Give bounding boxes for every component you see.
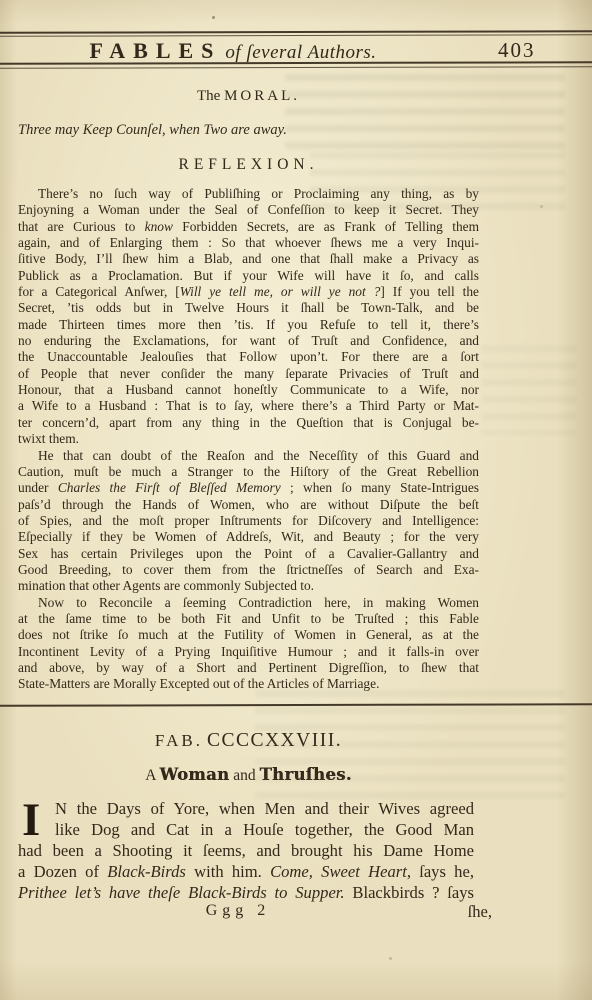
header-bottom-rule-2 xyxy=(0,66,592,69)
fable-title: A Woman and Thruſhes. xyxy=(18,765,479,785)
paper-speck xyxy=(389,957,392,960)
page-number: 403 xyxy=(498,38,558,63)
fable-heading: FAB. CCCCXXVIII. xyxy=(18,730,479,752)
text-span: Enjoyning a Woman under the Seal of Conf… xyxy=(18,202,479,217)
text-line: State-Matters are Morally Excepted out o… xyxy=(18,676,479,692)
blackletter-text: Thruſhes. xyxy=(259,765,351,784)
running-header: FABLES of ſeveral Authors. xyxy=(18,38,448,64)
text-span: ſays he, xyxy=(411,862,474,881)
italic-text: Prithee let’s have theſe Black-Birds to … xyxy=(18,883,345,902)
text-line: like Dog and Cat in a Houſe together, th… xyxy=(18,820,474,841)
text-span: no enduring the Exclamations, for want o… xyxy=(18,333,479,348)
text-span: State-Matters are Morally Excepted out o… xyxy=(18,676,379,691)
text-span: There’s no ſuch way of Publiſhing or Pro… xyxy=(38,186,479,201)
text-span: had been a Shooting it ſeems, and brough… xyxy=(18,841,474,860)
text-span: Forbidden Secrets, are as Frank of Telli… xyxy=(173,219,479,234)
bleedthrough-artifact xyxy=(285,74,565,152)
moral-heading-lead: The xyxy=(197,88,220,104)
moral-text: Three may Keep Counſel, when Two are awa… xyxy=(18,122,488,139)
text-line: the Unaccountable Jealouſies that Follow… xyxy=(18,349,479,365)
text-line: a Dozen of Black-Birds with him. Come, S… xyxy=(18,862,474,883)
text-line: of Spies, and the moſt proper Inſtrument… xyxy=(18,513,479,529)
text-line: and above, by way of a Short and Pertine… xyxy=(18,660,479,676)
text-line: a Wife to a Husband : That is to ſay, wh… xyxy=(18,398,479,414)
text-line: no enduring the Exclamations, for want o… xyxy=(18,333,479,349)
text-span: a Dozen of xyxy=(18,862,107,881)
header-top-rule-1 xyxy=(0,30,592,33)
text-span: Caution, muſt be much a Stranger to the … xyxy=(18,464,479,479)
printers-signature: Ggg 2 xyxy=(18,902,458,920)
text-line: Incontinent Levity of a Prying Inquiſiti… xyxy=(18,644,479,660)
moral-heading: The MORAL. xyxy=(18,88,479,105)
text-span: ter concern’d, apart from any thing in t… xyxy=(18,415,479,430)
text-span: and xyxy=(229,767,259,784)
fable-heading-fab: FAB. xyxy=(155,731,203,750)
paper-speck xyxy=(212,16,215,19)
text-line: had been a Shooting it ſeems, and brough… xyxy=(18,841,474,862)
text-span: ; when ſo many State-Intrigues xyxy=(281,480,479,495)
moral-heading-caps: MORAL. xyxy=(224,88,300,104)
text-span: Secret, ’tis odds but in Twelve Hours it… xyxy=(18,300,479,315)
text-span: ] If you tell the xyxy=(380,284,479,299)
text-line: of People that never conſider the many ſ… xyxy=(18,366,479,382)
text-line: Good Breeding, to cover them from the ſt… xyxy=(18,562,479,578)
running-header-subtitle: of ſeveral Authors. xyxy=(225,42,376,63)
text-line: Now to Reconcile a ſeeming Contradiction… xyxy=(18,595,479,611)
text-span: Now to Reconcile a ſeeming Contradiction… xyxy=(38,595,479,610)
text-span: of People that never conſider the many ſ… xyxy=(18,366,479,381)
text-span: mination that other Agents are commonly … xyxy=(18,578,314,593)
text-span: does not ſtrike ſo much at the Futility … xyxy=(18,627,479,642)
text-span: Publick as a Proclamation. But if your W… xyxy=(18,268,479,283)
text-span: Honour, that a Husband cannot honeſtly C… xyxy=(18,382,479,397)
text-span: A xyxy=(145,767,159,784)
text-line: Enjoyning a Woman under the Seal of Conf… xyxy=(18,202,479,218)
paragraph: There’s no ſuch way of Publiſhing or Pro… xyxy=(18,186,479,448)
text-span: under xyxy=(18,480,58,495)
text-line: Caution, muſt be much a Stranger to the … xyxy=(18,464,479,480)
text-line: for a Categorical Anſwer, [Will ye tell … xyxy=(18,284,479,300)
text-span: like Dog and Cat in a Houſe together, th… xyxy=(55,820,474,839)
text-span: at the ſame time to be both Fit and Unfi… xyxy=(18,611,479,626)
text-span: Blackbirds ? ſays xyxy=(345,883,474,902)
header-top-rule-2 xyxy=(0,34,592,37)
text-line: ter concern’d, apart from any thing in t… xyxy=(18,415,479,431)
blackletter-text: Woman xyxy=(159,765,229,784)
text-span: N the Days of Yore, when Men and their W… xyxy=(55,799,474,818)
reflexion-heading: REFLEXION. xyxy=(18,156,479,174)
paragraph: Now to Reconcile a ſeeming Contradiction… xyxy=(18,595,479,693)
text-span: made Thirteen times more then ’tis. If y… xyxy=(18,317,479,332)
fable-heading-numeral: CCCCXXVIII. xyxy=(207,730,342,751)
text-line: that are Curious to know Forbidden Secre… xyxy=(18,219,479,235)
text-line: again, and of Enlarging them : So that w… xyxy=(18,235,479,251)
text-line: There’s no ſuch way of Publiſhing or Pro… xyxy=(18,186,479,202)
text-span: paſs’d through the Hands of Women, who a… xyxy=(18,497,479,512)
text-span: and above, by way of a Short and Pertine… xyxy=(18,660,479,675)
text-line: Honour, that a Husband cannot honeſtly C… xyxy=(18,382,479,398)
fable-body: N the Days of Yore, when Men and their W… xyxy=(18,799,474,903)
text-line: Publick as a Proclamation. But if your W… xyxy=(18,268,479,284)
text-line: He that can doubt of the Reaſon and the … xyxy=(18,448,479,464)
running-header-title: FABLES xyxy=(89,38,221,63)
text-span: Eſpecially if they be Women of Addreſs, … xyxy=(18,529,479,544)
text-span: for a Categorical Anſwer, [ xyxy=(18,284,180,299)
text-line: Sex has certain Privileges upon the Poin… xyxy=(18,546,479,562)
italic-text: know xyxy=(145,219,173,234)
text-line: under Charles the Firſt of Bleſſed Memor… xyxy=(18,480,479,496)
text-span: that are Curious to xyxy=(18,219,145,234)
text-line: ſitive Body, I’ll ſhew him a Blab, and o… xyxy=(18,251,479,267)
text-span: Sex has certain Privileges upon the Poin… xyxy=(18,546,479,561)
text-line: Eſpecially if they be Women of Addreſs, … xyxy=(18,529,479,545)
text-line: does not ſtrike ſo much at the Futility … xyxy=(18,627,479,643)
italic-text: Come, Sweet Heart, xyxy=(270,862,411,881)
text-span: Incontinent Levity of a Prying Inquiſiti… xyxy=(18,644,479,659)
paragraph: He that can doubt of the Reaſon and the … xyxy=(18,448,479,595)
text-span: He that can doubt of the Reaſon and the … xyxy=(38,448,479,463)
italic-text: Will ye tell me, or will ye not ? xyxy=(180,284,381,299)
text-line: N the Days of Yore, when Men and their W… xyxy=(18,799,474,820)
text-line: Secret, ’tis odds but in Twelve Hours it… xyxy=(18,300,479,316)
catchword: ſhe, xyxy=(428,902,492,922)
text-span: the Unaccountable Jealouſies that Follow… xyxy=(18,349,479,364)
bleedthrough-artifact xyxy=(482,345,577,435)
text-span: Good Breeding, to cover them from the ſt… xyxy=(18,562,479,577)
section-divider-rule xyxy=(0,703,592,706)
text-span: ſitive Body, I’ll ſhew him a Blab, and o… xyxy=(18,251,479,266)
text-line: mination that other Agents are commonly … xyxy=(18,578,479,594)
text-line: twixt them. xyxy=(18,431,479,447)
paper-speck xyxy=(540,205,543,208)
text-span: of Spies, and the moſt proper Inſtrument… xyxy=(18,513,479,528)
text-span: a Wife to a Husband : That is to ſay, wh… xyxy=(18,398,479,413)
text-line: Prithee let’s have theſe Black-Birds to … xyxy=(18,883,474,904)
text-span: again, and of Enlarging them : So that w… xyxy=(18,235,479,250)
italic-text: Black-Birds xyxy=(107,862,186,881)
book-page: FABLES of ſeveral Authors. 403 The MORAL… xyxy=(0,0,592,1000)
reflexion-body: There’s no ſuch way of Publiſhing or Pro… xyxy=(18,186,479,693)
text-line: made Thirteen times more then ’tis. If y… xyxy=(18,317,479,333)
text-line: at the ſame time to be both Fit and Unfi… xyxy=(18,611,479,627)
text-span: with him. xyxy=(186,862,270,881)
text-span: twixt them. xyxy=(18,431,79,446)
italic-text: Charles the Firſt of Bleſſed Memory xyxy=(58,480,281,495)
text-line: paſs’d through the Hands of Women, who a… xyxy=(18,497,479,513)
